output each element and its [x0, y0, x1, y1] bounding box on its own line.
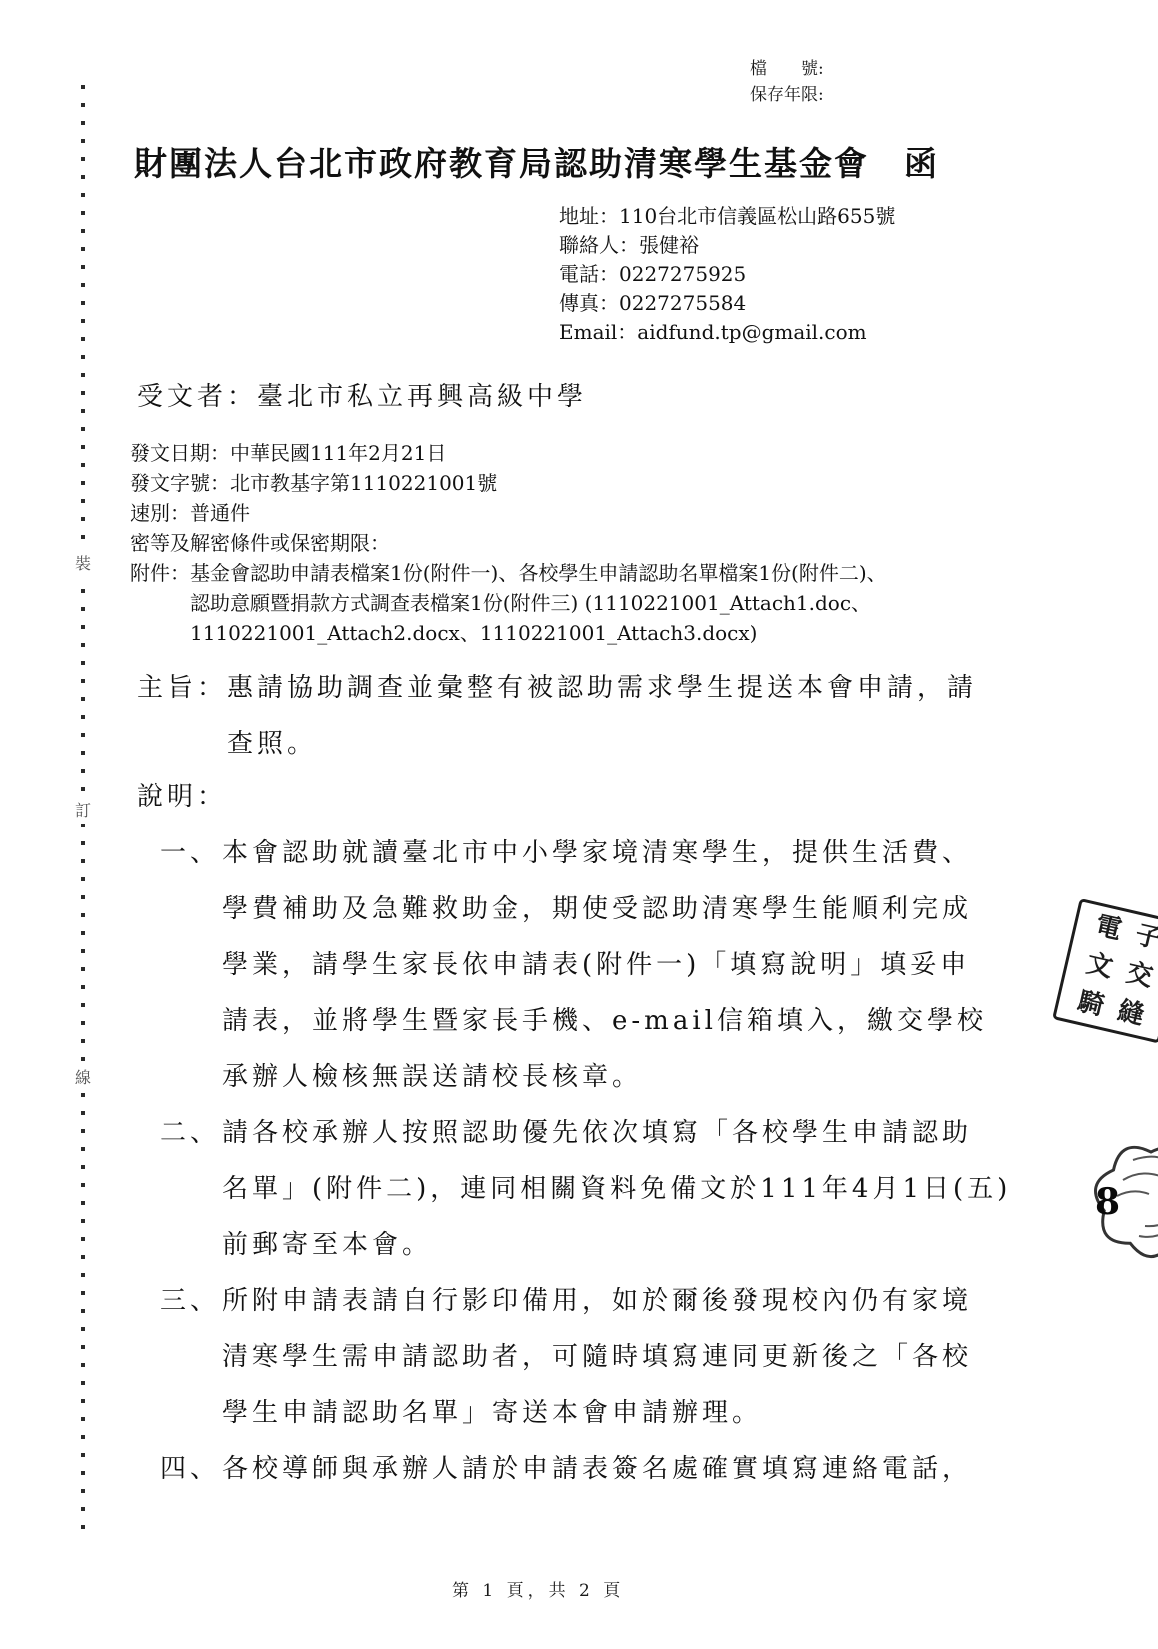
binding-mark-zhuang: 裝 — [70, 548, 96, 577]
sender-contact-block: 地址：110台北市信義區松山路655號 聯絡人：張健裕 電話：022727592… — [559, 202, 895, 347]
flower-seal-stamp: 8 — [1073, 1130, 1158, 1280]
document-meta-block: 發文日期：中華民國111年2月21日 發文字號：北市教基字第1110221001… — [130, 438, 1060, 648]
subject-block: 主旨： 惠請協助調查並彙整有被認助需求學生提送本會申請，請 查照。 — [137, 660, 1077, 772]
subject-text: 惠請協助調查並彙整有被認助需求學生提送本會申請，請 查照。 — [227, 660, 977, 772]
confidentiality-line: 密等及解密條件或保密期限： — [130, 528, 1060, 558]
sender-contact-person: 聯絡人：張健裕 — [559, 231, 895, 260]
item-text: 各校導師與承辦人請於申請表簽名處確實填寫連絡電話， — [222, 1441, 972, 1497]
official-letter-page: 裝 訂 線 檔 號: 保存年限: 財團法人台北市政府教育局認助清寒學生基金會 函… — [0, 0, 1158, 1649]
sender-email: Email：aidfund.tp@gmail.com — [559, 318, 895, 347]
sender-phone: 電話：0227275925 — [559, 260, 895, 289]
explanation-item-4: 四、 各校導師與承辦人請於申請表簽名處確實填寫連絡電話， — [160, 1441, 1087, 1497]
item-text: 所附申請表請自行影印備用，如於爾後發現校內仍有家境 清寒學生需申請認助者，可隨時… — [222, 1273, 972, 1441]
retention-period-label: 保存年限: — [750, 82, 824, 108]
sender-address: 地址：110台北市信義區松山路655號 — [559, 202, 895, 231]
issue-date-line: 發文日期：中華民國111年2月21日 — [130, 438, 1060, 468]
explanation-block: 說明： 一、 本會認助就讀臺北市中小學家境清寒學生，提供生活費、 學費補助及急難… — [137, 769, 1087, 1497]
explanation-item-1: 一、 本會認助就讀臺北市中小學家境清寒學生，提供生活費、 學費補助及急難救助金，… — [160, 825, 1087, 1105]
attachment-block: 附件： 基金會認助申請表檔案1份(附件一)、各校學生申請認助名單檔案1份(附件二… — [130, 558, 1060, 648]
item-number: 二、 — [160, 1105, 222, 1273]
file-number-label: 檔 號: — [750, 56, 824, 82]
seal-number: 8 — [1095, 1181, 1120, 1223]
item-number: 一、 — [160, 825, 222, 1105]
attachment-label: 附件： — [130, 558, 190, 648]
attachment-text: 基金會認助申請表檔案1份(附件一)、各校學生申請認助名單檔案1份(附件二)、 認… — [190, 558, 887, 648]
file-number-block: 檔 號: 保存年限: — [750, 56, 824, 108]
item-text: 請各校承辦人按照認助優先依次填寫「各校學生申請認助 名單」(附件二)，連同相關資… — [222, 1105, 1011, 1273]
sender-fax: 傳真：0227275584 — [559, 289, 895, 318]
document-title: 財團法人台北市政府教育局認助清寒學生基金會 函 — [134, 138, 939, 185]
recipient-line: 受文者：臺北市私立再興高級中學 — [137, 376, 587, 413]
binding-mark-ding: 訂 — [70, 795, 96, 824]
binding-mark-xian: 線 — [70, 1062, 96, 1091]
page-footer: 第 1 頁，共 2 頁 — [452, 1576, 624, 1601]
item-number: 四、 — [160, 1441, 222, 1497]
item-text: 本會認助就讀臺北市中小學家境清寒學生，提供生活費、 學費補助及急難救助金，期使受… — [222, 825, 987, 1105]
explanation-item-2: 二、 請各校承辦人按照認助優先依次填寫「各校學生申請認助 名單」(附件二)，連同… — [160, 1105, 1087, 1273]
issue-number-line: 發文字號：北市教基字第1110221001號 — [130, 468, 1060, 498]
explanation-heading: 說明： — [137, 769, 1087, 825]
priority-line: 速別：普通件 — [130, 498, 1060, 528]
explanation-item-3: 三、 所附申請表請自行影印備用，如於爾後發現校內仍有家境 清寒學生需申請認助者，… — [160, 1273, 1087, 1441]
subject-label: 主旨： — [137, 660, 227, 772]
item-number: 三、 — [160, 1273, 222, 1441]
